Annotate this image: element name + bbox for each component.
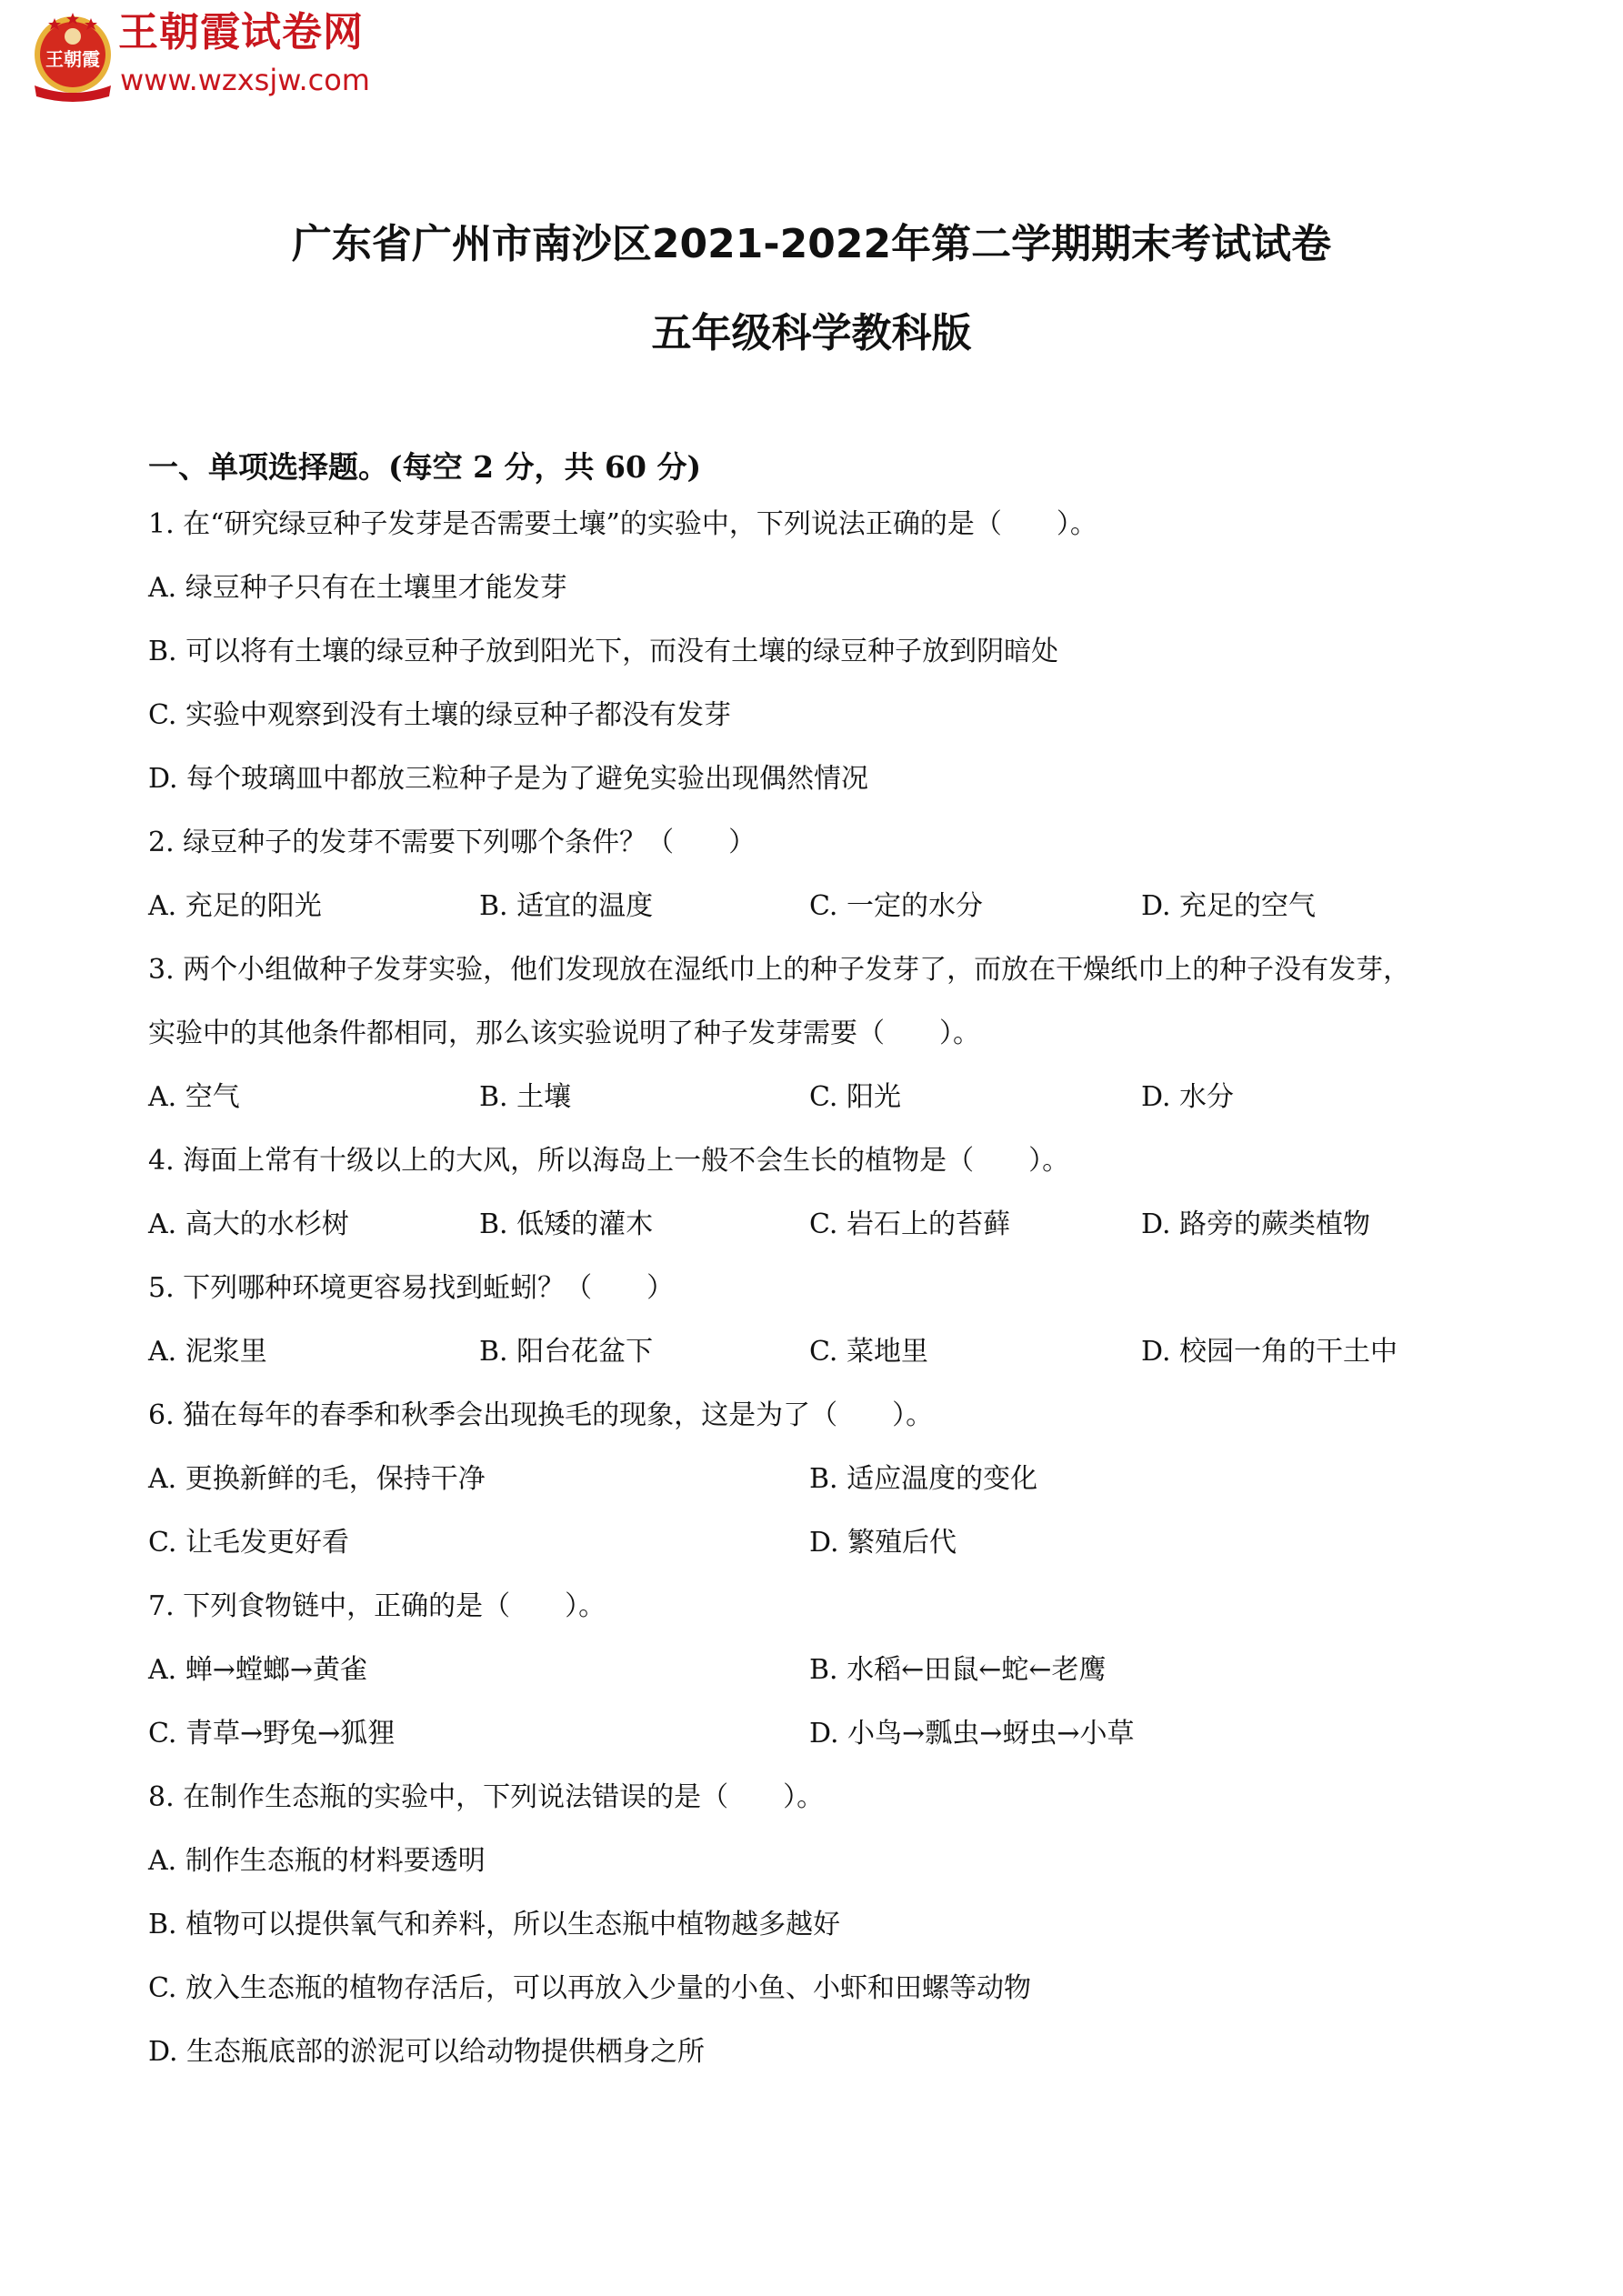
question-1-option-c: C. 实验中观察到没有土壤的绿豆种子都没有发芽 (148, 697, 731, 734)
question-3-option-d: D. 水分 (1141, 1079, 1234, 1116)
question-3-stem-line2: 实验中的其他条件都相同，那么该实验说明了种子发芽需要（ ）。 (148, 1016, 980, 1052)
question-8-option-c: C. 放入生态瓶的植物存活后，可以再放入少量的小鱼、小虾和田螺等动物 (148, 1970, 1031, 2007)
question-3-option-a: A. 空气 (148, 1079, 240, 1116)
question-3-option-b: B. 土壤 (479, 1079, 571, 1116)
question-7-option-d: D. 小鸟→瓢虫→蚜虫→小草 (809, 1716, 1134, 1752)
question-4-option-c: C. 岩石上的苔藓 (809, 1207, 1010, 1243)
question-7-stem: 7. 下列食物链中，正确的是（ ）。 (148, 1589, 606, 1625)
question-7-option-a: A. 蝉→螳螂→黄雀 (148, 1652, 367, 1689)
question-5-stem: 5. 下列哪种环境更容易找到蚯蚓？（ ） (148, 1270, 674, 1307)
question-8-stem: 8. 在制作生态瓶的实验中，下列说法错误的是（ ）。 (148, 1780, 824, 1816)
question-1-option-a: A. 绿豆种子只有在土壤里才能发芽 (148, 570, 567, 607)
question-4-option-a: A. 高大的水杉树 (148, 1207, 349, 1243)
question-8-option-b: B. 植物可以提供氧气和养料，所以生态瓶中植物越多越好 (148, 1907, 840, 1943)
question-8-option-d: D. 生态瓶底部的淤泥可以给动物提供栖身之所 (148, 2034, 705, 2070)
logo-badge-icon: 王朝霞 (29, 9, 116, 104)
section-header: 一、单项选择题。(每空 2 分，共 60 分) (148, 444, 701, 486)
question-4-stem: 4. 海面上常有十级以上的大风，所以海岛上一般不会生长的植物是（ ）。 (148, 1143, 1069, 1179)
question-1-option-b: B. 可以将有土壤的绿豆种子放到阳光下，而没有土壤的绿豆种子放到阴暗处 (148, 634, 1058, 670)
question-7-option-c: C. 青草→野兔→狐狸 (148, 1716, 395, 1752)
question-6-option-a: A. 更换新鲜的毛，保持干净 (148, 1461, 486, 1498)
question-2-option-b: B. 适宜的温度 (479, 888, 653, 925)
question-2-stem: 2. 绿豆种子的发芽不需要下列哪个条件？（ ） (148, 825, 756, 861)
question-5-option-c: C. 菜地里 (809, 1334, 928, 1370)
question-1-stem: 1. 在“研究绿豆种子发芽是否需要土壤”的实验中，下列说法正确的是（ ）。 (148, 506, 1097, 543)
document-title: 广东省广州市南沙区2021-2022年第二学期期末考试试卷 (0, 211, 1623, 269)
site-logo: 王朝霞 王朝霞试卷网 www.wzxsjw.com (20, 5, 420, 105)
question-6-option-b: B. 适应温度的变化 (809, 1461, 1037, 1498)
question-3-option-c: C. 阳光 (809, 1079, 901, 1116)
question-1-option-d: D. 每个玻璃皿中都放三粒种子是为了避免实验出现偶然情况 (148, 761, 868, 797)
question-7-option-b: B. 水稻←田鼠←蛇←老鹰 (809, 1652, 1107, 1689)
question-5-option-d: D. 校园一角的干土中 (1141, 1334, 1398, 1370)
question-2-option-a: A. 充足的阳光 (148, 888, 322, 925)
question-2-option-d: D. 充足的空气 (1141, 888, 1316, 925)
question-8-option-a: A. 制作生态瓶的材料要透明 (148, 1843, 486, 1880)
question-6-option-d: D. 繁殖后代 (809, 1525, 957, 1561)
question-5-option-a: A. 泥浆里 (148, 1334, 267, 1370)
question-5-option-b: B. 阳台花盆下 (479, 1334, 653, 1370)
question-2-option-c: C. 一定的水分 (809, 888, 983, 925)
question-4-option-b: B. 低矮的灌木 (479, 1207, 653, 1243)
question-6-option-c: C. 让毛发更好看 (148, 1525, 349, 1561)
logo-title: 王朝霞试卷网 (118, 13, 364, 53)
svg-text:王朝霞: 王朝霞 (45, 48, 100, 70)
question-3-stem-line1: 3. 两个小组做种子发芽实验，他们发现放在湿纸巾上的种子发芽了，而放在干燥纸巾上… (148, 952, 1410, 988)
logo-url[interactable]: www.wzxsjw.com (120, 65, 370, 95)
question-4-option-d: D. 路旁的蕨类植物 (1141, 1207, 1370, 1243)
question-6-stem: 6. 猫在每年的春季和秋季会出现换毛的现象，这是为了（ ）。 (148, 1398, 933, 1434)
document-subtitle: 五年级科学教科版 (0, 300, 1623, 358)
